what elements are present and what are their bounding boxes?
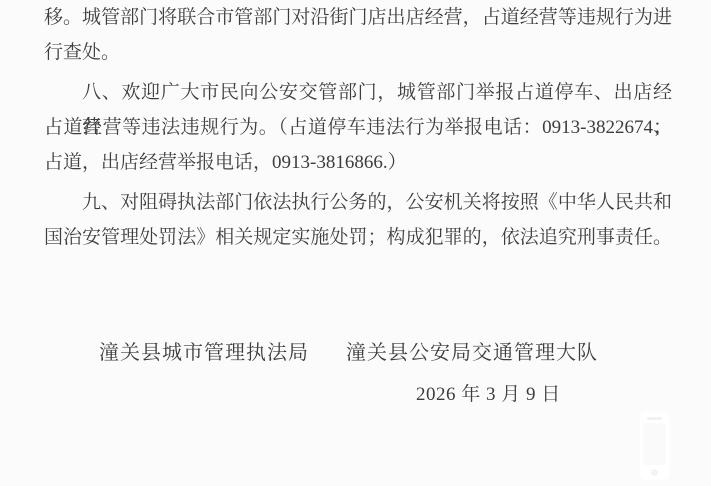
phone-home-button-shape (651, 469, 658, 476)
phone-screen-shape (643, 423, 666, 465)
paragraph-line-7: 国治安管理处罚法》相关规定实施处罚；构成犯罪的，依法追究刑事责任。 (44, 220, 672, 255)
phone-watermark-icon (640, 412, 669, 480)
phone-speaker-shape (647, 417, 662, 420)
paragraph-line-1: 移。城管部门将联合市管部门对沿街门店出店经营，占道经营等违规行为进 (44, 0, 672, 35)
paragraph-line-3: 八、欢迎广大市民向公安交管部门，城管部门举报占道停车、出店经营、 (44, 75, 672, 110)
signature-city-management-bureau: 潼关县城市管理执法局 (99, 336, 309, 365)
document-date: 2026 年 3 月 9 日 (416, 379, 561, 406)
paragraph-line-6: 九、对阻碍执法部门依法执行公务的，公安机关将按照《中华人民共和 (44, 185, 672, 220)
paragraph-line-4: 占道经营等违法违规行为。（占道停车违法行为举报电话：0913-3822674； (44, 110, 672, 145)
document-body: 移。城管部门将联合市管部门对沿街门店出店经营，占道经营等违规行为进 行查处。 八… (44, 0, 672, 255)
paragraph-line-5: 占道，出店经营举报电话，0913-3816866.） (44, 145, 672, 180)
signature-traffic-management-brigade: 潼关县公安局交通管理大队 (346, 336, 598, 365)
paragraph-line-2: 行查处。 (44, 35, 672, 70)
document-page: 移。城管部门将联合市管部门对沿街门店出店经营，占道经营等违规行为进 行查处。 八… (0, 0, 711, 486)
